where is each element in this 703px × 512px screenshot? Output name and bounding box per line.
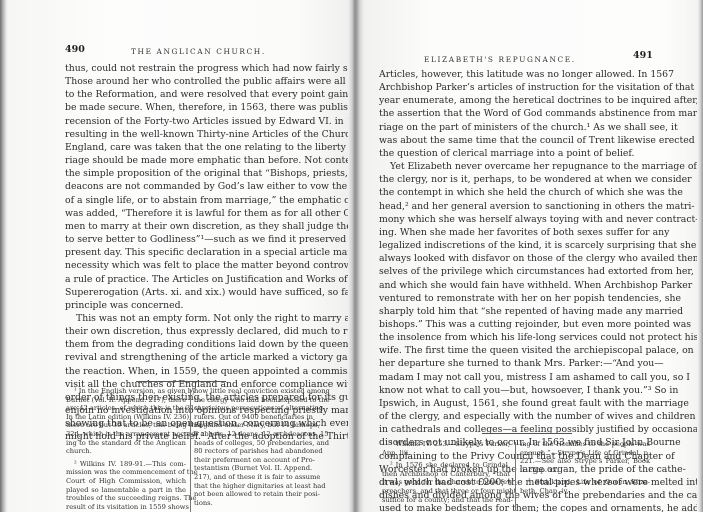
- text-line: her departure she turned to thank Mrs. P…: [379, 357, 651, 370]
- running-head-left: THE ANGLICAN CHURCH.: [131, 47, 266, 56]
- text-line: heads of colleges, 50 prebendaries, and: [194, 439, 312, 448]
- text-line: ¹ Wilkins IV. 253.—Strype’s Parker,: [382, 440, 510, 449]
- footnote-column: ¹ In the English version, as given byBur…: [66, 387, 186, 511]
- text-line: how little real conviction existed among: [194, 387, 312, 396]
- text-line: the reaction. When, in 1559, the queen a…: [65, 365, 311, 378]
- text-line: England, care was taken that the one rel…: [65, 141, 311, 154]
- book-left-edge: [0, 0, 8, 512]
- text-line: App. liii.: [382, 449, 510, 458]
- text-line: In the Latin edition (Wilkins IV. 236),: [66, 413, 186, 422]
- text-line: was about the same time that the council…: [379, 134, 651, 147]
- text-line: head,² and her general aversion to sanct…: [379, 200, 651, 213]
- text-line: ¹ In the English version, as given by: [66, 387, 186, 396]
- book-gutter: [348, 0, 364, 512]
- text-line: the assertion that the Word of God comma…: [379, 107, 651, 120]
- text-line: Burnet (Vol. II. Append. 217), there: [66, 396, 186, 405]
- text-line: selves of the privilege which circumstan…: [379, 265, 651, 278]
- text-line: their own discretion, thus expressly dec…: [65, 325, 311, 338]
- footnote-column: ¹ Wilkins IV. 253.—Strype’s Parker,App. …: [382, 440, 510, 504]
- text-line: Those around her who controlled the publ…: [65, 75, 311, 88]
- text-line: 80 rectors of parishes had abandoned: [194, 447, 312, 456]
- text-line: 217), and of these it is fair to assume: [194, 473, 312, 482]
- footnote-column-divider: [190, 389, 191, 512]
- text-line: the clergy, nor is it, perhaps, to be wo…: [379, 173, 651, 186]
- text-line: bishops.” This was a cutting rejoinder, …: [379, 318, 651, 331]
- page-number-left: 490: [65, 44, 85, 55]
- footnote-column: ing of the Homilies to the people waseno…: [520, 440, 650, 496]
- text-line: that the higher dignitaries at least had: [194, 482, 312, 491]
- text-line: ventured to remonstrate with her on her …: [379, 292, 651, 305]
- text-line: church.: [66, 447, 186, 456]
- text-line: in cathedrals and colleges—a feeling pos…: [379, 423, 651, 436]
- text-line: 32d, which is the arrangement accord-: [66, 430, 186, 439]
- text-line: the clergy who had been exposed to the: [194, 396, 312, 405]
- text-line: there are but 39 articles, this being th…: [66, 421, 186, 430]
- running-head-right: ELIZABETH'S REPUGNANCE.: [424, 55, 576, 64]
- text-line: beth, Chap. iv.: [520, 487, 650, 496]
- book-right-edge: [697, 0, 703, 512]
- text-line: thus, could not restrain the progress wh…: [65, 62, 311, 75]
- text-line: capricious persecutions of alternating: [194, 404, 312, 413]
- text-line: played so lamentable a part in the: [66, 486, 186, 495]
- text-line: recension of the Forty-two Articles issu…: [65, 115, 311, 128]
- text-line: preachers, and that three or four might: [382, 487, 510, 496]
- text-line: suffice for a county; and that the read-: [382, 496, 510, 505]
- text-line: be made secure. When, therefore, in 1563…: [65, 101, 311, 114]
- text-line: the contempt in which she held the churc…: [379, 186, 651, 199]
- text-line: riage should be made more emphatic than …: [65, 154, 311, 167]
- text-line: the question of clerical marriage into a…: [379, 147, 651, 160]
- text-line: was added, “Therefore it is lawful for t…: [65, 207, 311, 220]
- text-line: ing. When she made her favorites of both…: [379, 226, 651, 239]
- text-line: and which she would fain have withheld. …: [379, 279, 651, 292]
- text-line: revival and strengthening of the article…: [65, 351, 311, 364]
- text-line: Supererogation (Arts. xi. and xix.) woul…: [65, 286, 311, 299]
- text-line: the insolence from which his life-long s…: [379, 331, 651, 344]
- text-line: result of its visitation in 1559 shows: [66, 503, 186, 512]
- text-line: Ipswich, in August, 1561, she found grea…: [379, 397, 651, 410]
- text-line: of the clergy, and especially with the n…: [379, 410, 651, 423]
- text-line: troubles of the succeeding reigns. The: [66, 494, 186, 503]
- text-line: testantism (Burnet Vol. II. Append.: [194, 464, 312, 473]
- text-line: Articles, however, this latitude was no …: [379, 68, 651, 81]
- text-line: 6 abbots, 12 deans, 12 archdeacons, 15: [194, 430, 312, 439]
- footnote-column: how little real conviction existed among…: [194, 387, 312, 507]
- text-line: ² Wilkins IV. 189-91.—This com-: [66, 460, 186, 469]
- text-line: tions.: [194, 499, 312, 508]
- text-line: ing of the Homilies to the people was: [520, 440, 650, 449]
- text-line: enough.”—Strype’s Life of Grindal, p.: [520, 449, 650, 458]
- text-line: the simple proposition of the original t…: [65, 167, 311, 180]
- text-line: necessity which was felt to place the ma…: [65, 259, 311, 272]
- text-line: principle was concerned.: [65, 299, 311, 312]
- text-line: them from the degrading conditions laid …: [65, 338, 311, 351]
- text-line: 221.—See also Strype’s Parker, Book: [520, 457, 650, 466]
- footnote-rule: [136, 381, 226, 382]
- text-line: of a single life, or to abstain from mar…: [65, 194, 311, 207]
- text-line: rulers. Out of 9400 beneficiaries in: [194, 413, 312, 422]
- text-line: Court of High Commission, which: [66, 477, 186, 486]
- text-line: madam I may not call you, mistress I am …: [379, 371, 651, 384]
- text-line: mission was the commencement of the: [66, 468, 186, 477]
- text-line: not been allowed to retain their posi-: [194, 490, 312, 499]
- text-line: their preferment on account of Pro-: [194, 456, 312, 465]
- text-line: Archbishop Parker’s articles of instruct…: [379, 81, 651, 94]
- text-line: This was not an empty form. Not only the…: [65, 312, 311, 325]
- text-line: mony which she was herself always toying…: [379, 213, 651, 226]
- text-line: resulting in the well-known Thirty-nine …: [65, 128, 311, 141]
- text-line: ing to the standard of the Anglican: [66, 439, 186, 448]
- paragraph: Articles, however, this latitude was no …: [379, 68, 651, 160]
- text-line: ii. chap. xx.: [520, 466, 650, 475]
- text-line: deacons are not commanded by God’s law e…: [65, 180, 311, 193]
- text-line: riage on the part of ministers of the ch…: [379, 121, 651, 134]
- text-line: know not what to call you—but, howsoever…: [379, 384, 651, 397]
- text-line: year enumerate, among the heretical doct…: [379, 94, 651, 107]
- text-line: it was good for the church to have few: [382, 478, 510, 487]
- footnote-column-divider: [515, 442, 516, 510]
- right-page: ELIZABETH'S REPUGNANCE. 491 Articles, ho…: [364, 0, 697, 512]
- text-line: ³ Strickland, Life of Queen Eliza-: [520, 478, 650, 487]
- text-line: present day. This specific declaration i…: [65, 246, 311, 259]
- text-line: Yet Elizabeth never overcame her repugna…: [379, 160, 651, 173]
- left-page: 490 THE ANGLICAN CHURCH. thus, could not…: [8, 0, 348, 512]
- page-number-right: 491: [633, 50, 653, 61]
- text-line: England under Mary, but 14 bishops,: [194, 421, 312, 430]
- text-line: a rule of practice. The Articles on Just…: [65, 273, 311, 286]
- text-line: wife. The first time the queen visited t…: [379, 344, 651, 357]
- text-line: men to marry at their own discretion, as…: [65, 220, 311, 233]
- text-line: to serve better to Godliness”¹—such as w…: [65, 233, 311, 246]
- paragraph: thus, could not restrain the progress wh…: [65, 62, 311, 312]
- text-line: to the Reformation, and were resolved th…: [65, 88, 311, 101]
- footnote-rule: [482, 433, 572, 434]
- text-line: are 42 articles, of which this is the 31…: [66, 404, 186, 413]
- text-line: legalized indiscretions of the kind, it …: [379, 239, 651, 252]
- text-line: always looked with disfavor on those of …: [379, 252, 651, 265]
- text-line: sharply told him that “she repented of h…: [379, 305, 651, 318]
- text-line: then Archbishop of Canterbury, “that: [382, 470, 510, 479]
- text-line: ² In 1576 she declared to Grindal,: [382, 461, 510, 470]
